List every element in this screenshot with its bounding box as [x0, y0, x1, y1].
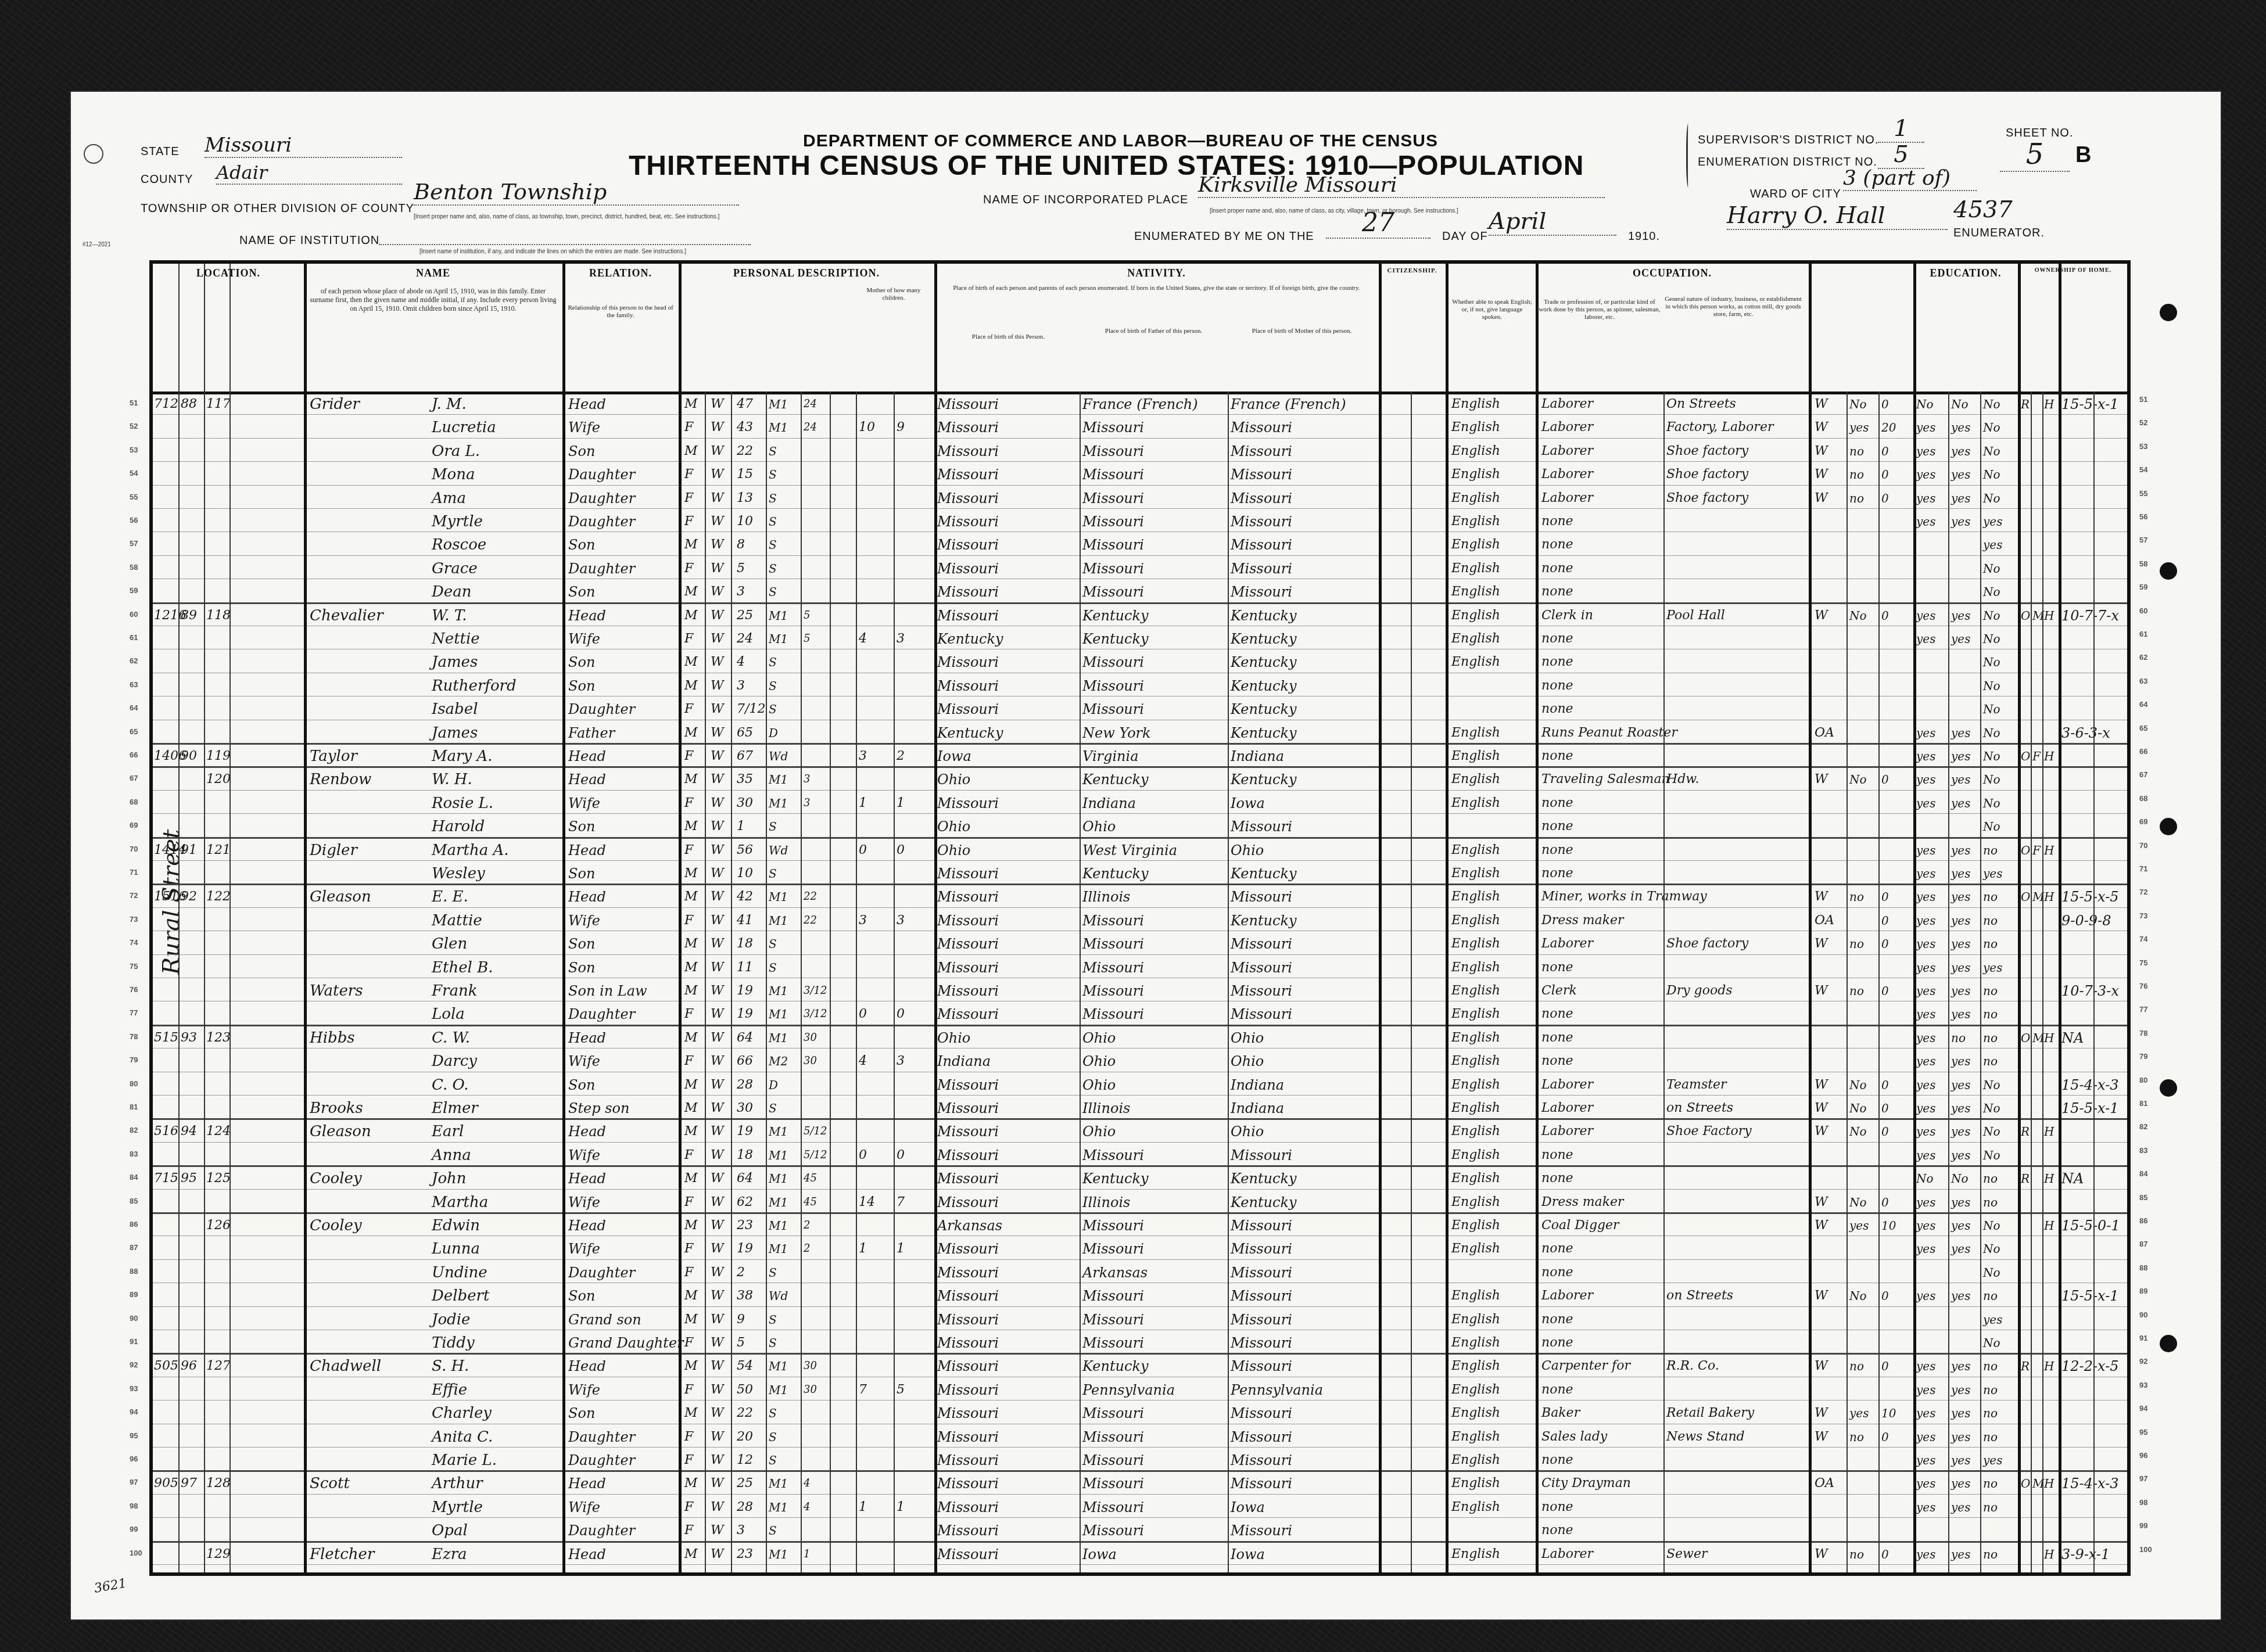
cell-english: English [1451, 415, 1533, 437]
cell-marital: M1 [769, 1495, 801, 1517]
cell-english: English [1451, 908, 1533, 931]
cell-relation: Son [568, 1072, 679, 1095]
cell-sex: M [684, 673, 708, 696]
cell-emp: W [1815, 1400, 1844, 1423]
cell-out: no [1849, 439, 1878, 461]
cell-dwelling [181, 814, 204, 836]
cell-marital: M1 [769, 392, 801, 414]
cell-years-married: 30 [804, 1025, 830, 1048]
table-row: AnnaWifeFW18M15/1200MissouriMissouriMiss… [153, 1143, 2127, 1167]
line-number: 58 [130, 563, 138, 572]
cell-industry: Teamster [1666, 1072, 1806, 1095]
cell-emp [1815, 1260, 1844, 1283]
cell-father-birth: Missouri [1082, 978, 1228, 1001]
line-number: 70 [130, 845, 138, 853]
cell-street-no [154, 415, 177, 437]
cell-race: W [711, 509, 734, 531]
cell-code [2061, 673, 2131, 696]
cell-father-birth: Missouri [1082, 1400, 1228, 1423]
cell-birth: Missouri [937, 415, 1080, 437]
cell-born [859, 1518, 891, 1540]
cell-father-birth: Virginia [1082, 744, 1228, 766]
cell-race: W [711, 673, 734, 696]
cell-race: W [711, 1542, 734, 1564]
cell-marital: Wd [769, 1283, 801, 1306]
cell-trade: Miner, works in Tramway [1541, 884, 1663, 907]
line-number: 68 [130, 798, 138, 806]
cell-dwelling: 97 [181, 1471, 204, 1493]
cell-birth: Missouri [937, 978, 1080, 1001]
cell-mother-birth: Iowa [1231, 1495, 1376, 1517]
cell-family [206, 579, 230, 602]
cell-code: 3-9-x-1 [2061, 1542, 2131, 1564]
cell-farm [2044, 1424, 2056, 1447]
cell-emp [1815, 791, 1844, 813]
cell-race: W [711, 1330, 734, 1353]
line-number-right: 77 [2139, 1005, 2147, 1014]
cell-family: 128 [206, 1471, 230, 1493]
cell-marital: M1 [769, 884, 801, 907]
cell-street-no [154, 1542, 177, 1564]
cell-street-no: 505 [154, 1353, 177, 1376]
table-row: 51593123HibbsC. W.HeadMW64M130OhioOhioOh… [153, 1025, 2127, 1048]
cell-sex: F [684, 1190, 708, 1212]
cell-relation: Head [568, 838, 679, 860]
cell-read [1916, 1518, 1948, 1540]
line-number: 82 [130, 1126, 138, 1134]
cell-farm [2044, 791, 2056, 813]
line-number: 100 [130, 1549, 142, 1557]
cell-living [897, 696, 928, 719]
cell-mother-birth: Kentucky [1231, 673, 1376, 696]
cell-emp [1815, 1330, 1844, 1353]
cell-code [2061, 1377, 2131, 1400]
cell-code [2061, 861, 2131, 884]
cell-industry [1666, 861, 1806, 884]
table-row: MarthaWifeFW62M145147MissouriIllinoisKen… [153, 1190, 2127, 1214]
cell-farm [2044, 1048, 2056, 1071]
enumerator-label: ENUMERATOR. [1953, 227, 2045, 240]
cell-emp [1815, 1025, 1844, 1048]
cell-given: Rutherford [432, 673, 562, 696]
cell-given: Lunna [432, 1236, 562, 1259]
cell-years-married [804, 1330, 830, 1353]
cell-read [1916, 1330, 1948, 1353]
cell-mother-birth: Missouri [1231, 931, 1376, 954]
cell-code [2061, 1236, 2131, 1259]
cell-born [859, 767, 891, 789]
cell-race: W [711, 978, 734, 1001]
line-number: 95 [130, 1431, 138, 1440]
cell-given: C. W. [432, 1025, 562, 1048]
line-number: 97 [130, 1478, 138, 1486]
table-row: 121689118ChevalierW. T.HeadMW25M15Missou… [153, 603, 2127, 626]
cell-english: English [1451, 931, 1533, 954]
cell-given: Martha [432, 1190, 562, 1212]
cell-code [2061, 486, 2131, 508]
cell-out: No [1849, 603, 1878, 626]
cell-marital: S [769, 1307, 801, 1330]
cell-born [859, 603, 891, 626]
header-occupation: OCCUPATION. [1536, 267, 1809, 279]
cell-born [859, 1283, 891, 1306]
cell-trade: Laborer [1541, 415, 1663, 437]
column-divider [856, 392, 857, 1572]
cell-family: 122 [206, 884, 230, 907]
cell-weeks [1881, 1307, 1910, 1330]
cell-years-married [804, 931, 830, 954]
cell-years-married [804, 1260, 830, 1283]
cell-street-no [154, 1096, 177, 1118]
cell-code: 15-5-x-5 [2061, 884, 2131, 907]
cell-farm [2044, 931, 2056, 954]
cell-out [1849, 626, 1878, 649]
cell-dwelling [181, 696, 204, 719]
cell-mother-birth: Missouri [1231, 1353, 1376, 1376]
line-number-right: 86 [2139, 1216, 2147, 1225]
cell-write: yes [1951, 884, 1983, 907]
cell-code [2061, 744, 2131, 766]
cell-marital: S [769, 1400, 801, 1423]
cell-out: No [1849, 1096, 1878, 1118]
cell-read: yes [1916, 1448, 1948, 1470]
cell-relation: Son [568, 955, 679, 978]
table-row: JodieGrand sonMW9SMissouriMissouriMissou… [153, 1307, 2127, 1330]
cell-mother-birth: Missouri [1231, 532, 1376, 555]
supervisor-label: SUPERVISOR'S DISTRICT NO. [1698, 134, 1878, 147]
cell-years-married: 45 [804, 1166, 830, 1188]
line-number-right: 57 [2139, 536, 2147, 544]
cell-emp: OA [1815, 908, 1844, 931]
cell-street-no [154, 649, 177, 672]
cell-birth: Missouri [937, 579, 1080, 602]
column-divider [1379, 392, 1382, 1572]
header-name: NAME [304, 267, 562, 279]
line-number: 98 [130, 1502, 138, 1510]
cell-marital: S [769, 579, 801, 602]
cell-farm [2044, 720, 2056, 743]
cell-code [2061, 1260, 2131, 1283]
cell-relation: Wife [568, 908, 679, 931]
cell-mother-birth: Missouri [1231, 1001, 1376, 1024]
cell-father-birth: Missouri [1082, 1236, 1228, 1259]
cell-born [859, 649, 891, 672]
cell-years-married [804, 955, 830, 978]
cell-family [206, 791, 230, 813]
cell-race: W [711, 532, 734, 555]
cell-mother-birth: Missouri [1231, 955, 1376, 978]
cell-farm [2044, 1143, 2056, 1165]
cell-relation: Head [568, 884, 679, 907]
cell-industry [1666, 579, 1806, 602]
cell-read: yes [1916, 767, 1948, 789]
cell-emp [1815, 696, 1844, 719]
cell-marital: Wd [769, 838, 801, 860]
cell-street-no [154, 1400, 177, 1423]
cell-dwelling [181, 931, 204, 954]
cell-father-birth: Missouri [1082, 1448, 1228, 1470]
cell-given: J. M. [432, 392, 562, 414]
table-row: RoscoeSonMW8SMissouriMissouriMissouriEng… [153, 532, 2127, 555]
cell-race: W [711, 1190, 734, 1212]
cell-read: yes [1916, 603, 1948, 626]
cell-read: yes [1916, 838, 1948, 860]
cell-write: yes [1951, 462, 1983, 484]
cell-family [206, 1143, 230, 1165]
table-row: 120RenbowW. H.HeadMW35M13OhioKentuckyKen… [153, 767, 2127, 790]
cell-school: No [1983, 486, 2015, 508]
cell-age: 3 [737, 1518, 766, 1540]
cell-born [859, 556, 891, 579]
cell-living [897, 1307, 928, 1330]
cell-relation: Son [568, 579, 679, 602]
cell-english: English [1451, 1471, 1533, 1493]
cell-birth: Missouri [937, 955, 1080, 978]
cell-read: yes [1916, 955, 1948, 978]
cell-surname [310, 791, 426, 813]
cell-relation: Son [568, 1400, 679, 1423]
cell-mother-birth: Kentucky [1231, 861, 1376, 884]
cell-industry [1666, 908, 1806, 931]
cell-surname [310, 1001, 426, 1024]
cell-out [1849, 579, 1878, 602]
line-number: 92 [130, 1360, 138, 1369]
cell-family: 129 [206, 1542, 230, 1564]
cell-street-no [154, 1330, 177, 1353]
cell-code [2061, 767, 2131, 789]
cell-marital: M1 [769, 978, 801, 1001]
cell-write: yes [1951, 626, 1983, 649]
cell-write: yes [1951, 908, 1983, 931]
cell-school: No [1983, 415, 2015, 437]
incorporated-value: Kirksville Missouri [1198, 173, 1605, 198]
cell-weeks: 0 [1881, 603, 1910, 626]
cell-years-married [804, 720, 830, 743]
cell-born: 3 [859, 744, 891, 766]
cell-emp [1815, 1236, 1844, 1259]
cell-living [897, 1448, 928, 1470]
cell-trade: none [1541, 1518, 1663, 1540]
line-number-right: 55 [2139, 489, 2147, 498]
cell-farm: H [2044, 744, 2056, 766]
cell-write [1951, 649, 1983, 672]
cell-mother-birth: Missouri [1231, 556, 1376, 579]
punch-hole [2160, 1335, 2177, 1352]
cell-race: W [711, 1025, 734, 1048]
line-number-right: 82 [2139, 1122, 2147, 1131]
cell-school: No [1983, 1213, 2015, 1236]
cell-industry [1666, 649, 1806, 672]
cell-mother-birth: Kentucky [1231, 908, 1376, 931]
cell-mother-birth: Kentucky [1231, 720, 1376, 743]
cell-given: Effie [432, 1377, 562, 1400]
cell-read [1916, 532, 1948, 555]
cell-mother-birth: Kentucky [1231, 767, 1376, 789]
enumerated-label: ENUMERATED BY ME ON THE [1134, 230, 1314, 243]
cell-weeks: 0 [1881, 931, 1910, 954]
cell-english: English [1451, 1143, 1533, 1165]
table-row: UndineDaughterFW2SMissouriArkansasMissou… [153, 1260, 2127, 1283]
cell-years-married: 3/12 [804, 978, 830, 1001]
cell-industry: R.R. Co. [1666, 1353, 1806, 1376]
cell-mother-birth: Kentucky [1231, 626, 1376, 649]
line-number: 79 [130, 1055, 138, 1064]
cell-marital: S [769, 955, 801, 978]
cell-read: yes [1916, 720, 1948, 743]
cell-dwelling [181, 908, 204, 931]
cell-industry [1666, 1190, 1806, 1212]
cell-relation: Head [568, 1119, 679, 1141]
cell-farm: H [2044, 1542, 2056, 1564]
cell-surname [310, 1048, 426, 1071]
cell-sex: F [684, 1143, 708, 1165]
table-row: JamesSonMW4SMissouriMissouriKentuckyEngl… [153, 649, 2127, 673]
cell-write [1951, 696, 1983, 719]
cell-weeks [1881, 955, 1910, 978]
cell-birth: Missouri [937, 649, 1080, 672]
cell-farm [2044, 1190, 2056, 1212]
cell-relation: Son [568, 439, 679, 461]
cell-marital: S [769, 673, 801, 696]
cell-school: no [1983, 1001, 2015, 1024]
cell-relation: Head [568, 1471, 679, 1493]
cell-living [897, 486, 928, 508]
column-divider [230, 392, 231, 1572]
cell-marital: D [769, 1072, 801, 1095]
cell-given: Roscoe [432, 532, 562, 555]
cell-english: English [1451, 1330, 1533, 1353]
cell-race: W [711, 579, 734, 602]
cell-farm [2044, 1377, 2056, 1400]
cell-trade: none [1541, 532, 1663, 555]
cell-industry: Shoe Factory [1666, 1119, 1806, 1141]
line-number-right: 87 [2139, 1240, 2147, 1248]
cell-given: Ama [432, 486, 562, 508]
cell-living [897, 1330, 928, 1353]
cell-marital: M1 [769, 767, 801, 789]
cell-english: English [1451, 392, 1533, 414]
cell-industry [1666, 673, 1806, 696]
cell-english: English [1451, 1542, 1533, 1564]
cell-out [1849, 673, 1878, 696]
cell-english: English [1451, 1025, 1533, 1048]
institution-label: NAME OF INSTITUTION [239, 234, 379, 247]
cell-code: 10-7-7-x [2061, 603, 2131, 626]
line-number: 62 [130, 656, 138, 665]
cell-father-birth: Missouri [1082, 415, 1228, 437]
cell-dwelling [181, 1213, 204, 1236]
line-number-right: 67 [2139, 770, 2147, 779]
cell-farm [2044, 1307, 2056, 1330]
cell-farm: H [2044, 1119, 2056, 1141]
cell-school: No [1983, 1236, 2015, 1259]
cell-family: 124 [206, 1119, 230, 1141]
cell-street-no [154, 696, 177, 719]
cell-out [1849, 791, 1878, 813]
cell-code [2061, 439, 2131, 461]
cell-race: W [711, 1424, 734, 1447]
table-row: 71288117GriderJ. M.HeadMW47M124MissouriF… [153, 392, 2127, 415]
census-table: LOCATION. NAME of each person whose plac… [149, 260, 2131, 1576]
cell-age: 13 [737, 486, 766, 508]
cell-industry [1666, 1518, 1806, 1540]
cell-sex: M [684, 1119, 708, 1141]
cell-code [2061, 1119, 2131, 1141]
cell-weeks [1881, 1377, 1910, 1400]
cell-mother-birth: Missouri [1231, 1471, 1376, 1493]
cell-living [897, 1471, 928, 1493]
cell-farm [2044, 1330, 2056, 1353]
cell-age: 19 [737, 1001, 766, 1024]
cell-english: English [1451, 1119, 1533, 1141]
cell-surname [310, 861, 426, 884]
cell-living: 0 [897, 1143, 928, 1165]
cell-living [897, 556, 928, 579]
cell-read: yes [1916, 908, 1948, 931]
cell-emp: W [1815, 1213, 1844, 1236]
cell-marital: S [769, 486, 801, 508]
cell-farm [2044, 626, 2056, 649]
cell-given: Elmer [432, 1096, 562, 1118]
cell-born [859, 439, 891, 461]
cell-given: Edwin [432, 1213, 562, 1236]
cell-mother-birth: Indiana [1231, 1072, 1376, 1095]
column-divider [766, 392, 767, 1572]
cell-marital: M1 [769, 1119, 801, 1141]
cell-surname [310, 1143, 426, 1165]
cell-marital: M1 [769, 1377, 801, 1400]
cell-code [2061, 838, 2131, 860]
cell-weeks: 0 [1881, 767, 1910, 789]
cell-emp: OA [1815, 720, 1844, 743]
cell-out [1849, 1143, 1878, 1165]
table-row: 126CooleyEdwinHeadMW23M12ArkansasMissour… [153, 1213, 2127, 1236]
cell-write: yes [1951, 1377, 1983, 1400]
cell-farm: H [2044, 1166, 2056, 1188]
birth-person-header: Place of birth of this Person. [937, 333, 1080, 341]
column-divider [894, 392, 895, 1572]
cell-industry [1666, 1048, 1806, 1071]
line-number-right: 75 [2139, 958, 2147, 967]
cell-relation: Head [568, 1166, 679, 1188]
cell-father-birth: Kentucky [1082, 603, 1228, 626]
cell-family [206, 1400, 230, 1423]
cell-born [859, 861, 891, 884]
line-number-right: 91 [2139, 1334, 2147, 1342]
cell-out [1849, 532, 1878, 555]
line-number-right: 73 [2139, 911, 2147, 920]
table-row: DeanSonMW3SMissouriMissouriMissouriEngli… [153, 579, 2127, 604]
census-sheet: STATE Missouri COUNTY Adair TOWNSHIP OR … [71, 92, 2221, 1619]
cell-code [2061, 1307, 2131, 1330]
cell-mother-birth: Missouri [1231, 486, 1376, 508]
cell-emp [1815, 1377, 1844, 1400]
cell-given: Isabel [432, 696, 562, 719]
cell-sex: M [684, 884, 708, 907]
cell-industry [1666, 556, 1806, 579]
line-number-right: 72 [2139, 888, 2147, 896]
cell-mother-birth: Missouri [1231, 1424, 1376, 1447]
cell-english: English [1451, 1190, 1533, 1212]
cell-race: W [711, 556, 734, 579]
cell-living [897, 1213, 928, 1236]
cell-years-married [804, 1096, 830, 1118]
cell-industry: Shoe factory [1666, 462, 1806, 484]
cell-race: W [711, 415, 734, 437]
cell-school: no [1983, 1190, 2015, 1212]
cell-trade: none [1541, 744, 1663, 766]
line-number-right: 62 [2139, 653, 2147, 662]
